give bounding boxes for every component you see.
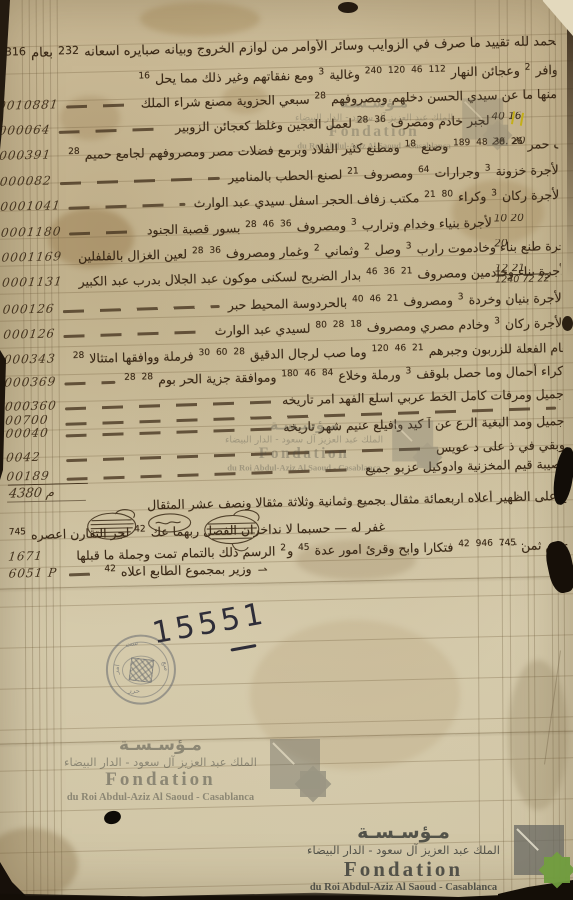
ditto-dashes xyxy=(69,572,96,576)
margin-amount: 6051 P xyxy=(9,565,62,580)
margin-amount: 000126 xyxy=(3,326,56,341)
arabic-script-line: لجبر خادم ومصرف 36 28 لعمل العجين وغلظ ك… xyxy=(175,113,490,135)
margin-amount: 000082 xyxy=(0,173,53,188)
right-margin-note: 12 211240 72 22 xyxy=(495,263,559,286)
signature-flourishes xyxy=(85,504,296,561)
ink-layer: الحمد لله تقييد ما صرف في الزوايب وسائر … xyxy=(0,0,573,900)
ink-blot xyxy=(338,2,358,13)
margin-amount: 1671 xyxy=(8,548,61,563)
manuscript-page: الحمد لله تقييد ما صرف في الزوايب وسائر … xyxy=(0,0,573,900)
arabic-script-line: لأجرة بنيان وخردة 3 ومصروف 21 46 40 بالح… xyxy=(228,290,562,313)
arabic-script-line: لأجرة خزونة 3 وجرارات 64 ومصروف 21 لصنع … xyxy=(228,162,559,184)
ditto-dashes xyxy=(66,447,428,462)
right-margin-note: . . . . xyxy=(501,537,565,549)
yellow-tick-mark xyxy=(511,111,524,126)
margin-amount: 0001131 xyxy=(2,274,63,289)
margin-amount: 000391 xyxy=(0,148,52,163)
ditto-dashes xyxy=(69,203,186,210)
arabic-script-line: الحمد لله تقييد ما صرف في الزوايب وسائر … xyxy=(0,34,556,62)
margin-amount: 0001169 xyxy=(1,249,62,264)
margin-amount: 000126 xyxy=(3,301,56,316)
ditto-dashes xyxy=(67,103,133,108)
margin-amount: 000343 xyxy=(4,351,57,366)
ditto-dashes xyxy=(64,381,115,386)
ditto-dashes xyxy=(60,177,220,185)
pencil-arrow-icon: ⇀ xyxy=(257,563,267,577)
arabic-script-line: لأجرة بنياء وخدام وترارب 3 ومصروف 36 46 … xyxy=(147,215,492,238)
arabic-script-line: وزير بمجموع الطابع اعلاه 42 xyxy=(103,561,251,579)
margin-amount: 0001041 xyxy=(0,198,61,213)
right-margin-note: 20 xyxy=(494,238,558,250)
ditto-dashes xyxy=(63,330,206,338)
margin-amount: 000360 xyxy=(5,398,58,413)
margin-amount: 0042 xyxy=(6,449,59,464)
margin-amount: 0010881 xyxy=(0,97,59,112)
ditto-dashes xyxy=(66,427,276,437)
margin-amount: 000369 xyxy=(4,374,57,389)
arabic-script-line: واجرة جمالة 4 وعجانة 4 وفرود 3 وزوافر 2 … xyxy=(137,62,556,87)
arabic-script-line: وبقي في ذ على د عويس xyxy=(436,438,565,455)
ditto-dashes xyxy=(69,230,138,235)
inventory-number: 15551 xyxy=(150,596,270,651)
margin-amount: 00189 xyxy=(6,468,59,483)
ditto-dashes xyxy=(63,305,220,313)
ditto-dashes xyxy=(59,127,168,134)
right-margin-note: 10 20 xyxy=(494,213,558,225)
margin-amount: 00040 xyxy=(5,425,58,440)
margin-amount: 000064 xyxy=(0,123,51,138)
right-margin-note: 26. 20 xyxy=(492,136,556,148)
inventory-underline xyxy=(230,644,256,652)
margin-amount: 0001180 xyxy=(1,224,62,239)
